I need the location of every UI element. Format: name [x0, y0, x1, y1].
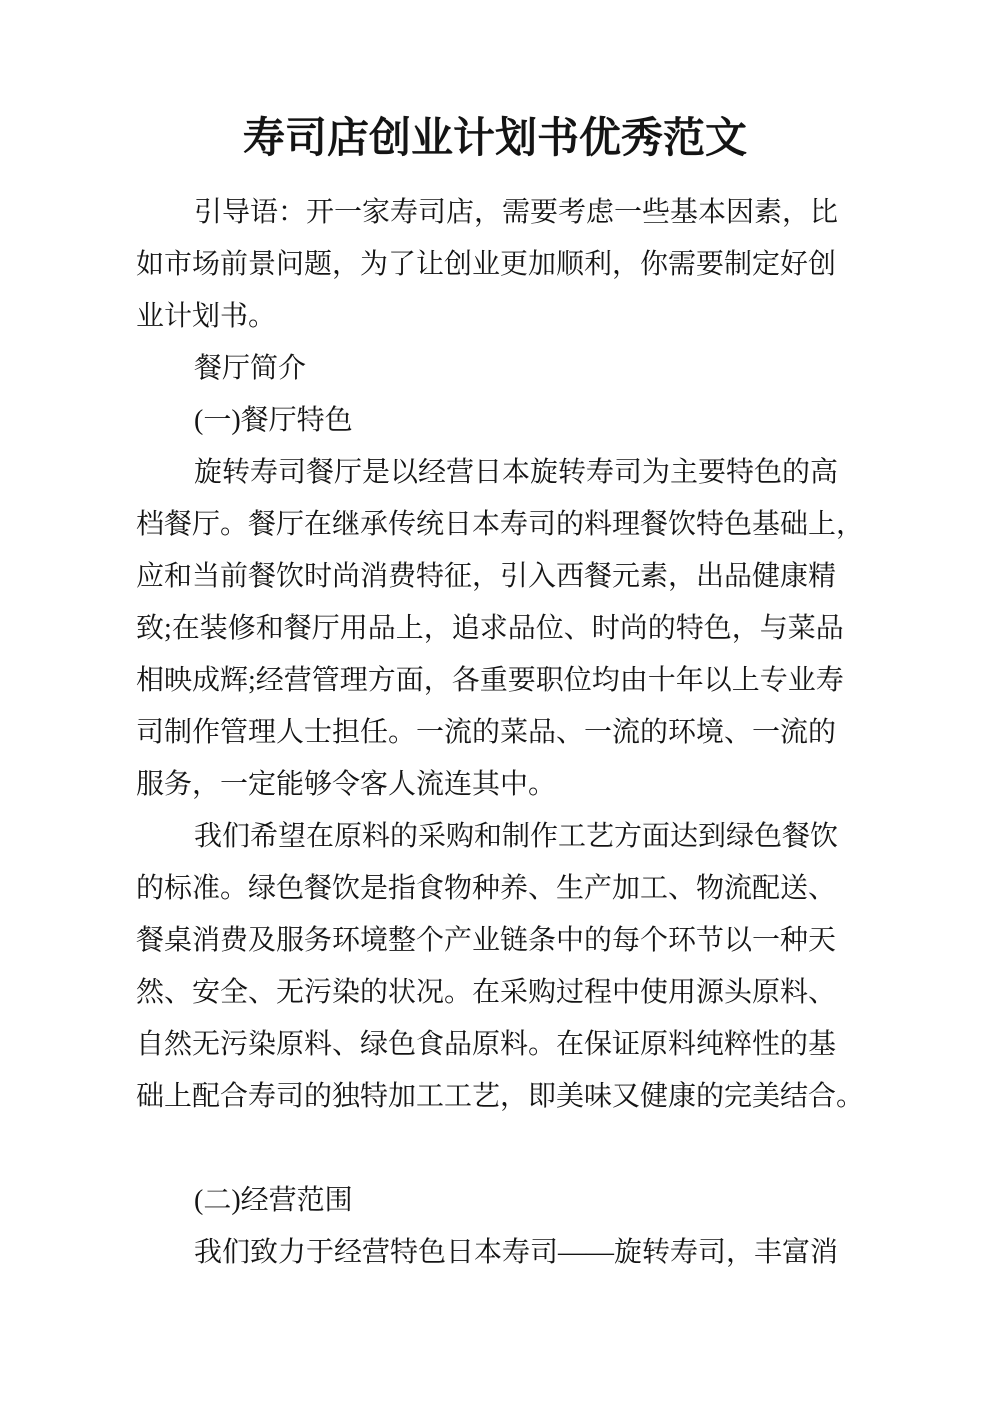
blank-line	[136, 1123, 854, 1175]
text-line: 餐厅简介	[136, 343, 854, 395]
text-line: 然、安全、无污染的状况。在采购过程中使用源头原料、	[136, 967, 854, 1019]
text-line: (二)经营范围	[136, 1175, 854, 1227]
text-line: 餐桌消费及服务环境整个产业链条中的每个环节以一种天	[136, 915, 854, 967]
text-line: 应和当前餐饮时尚消费特征，引入西餐元素，出品健康精	[136, 551, 854, 603]
text-line: 服务，一定能够令客人流连其中。	[136, 759, 854, 811]
document-title: 寿司店创业计划书优秀范文	[136, 116, 854, 162]
text-line: 业计划书。	[136, 291, 854, 343]
paragraph: 我们致力于经营特色日本寿司——旋转寿司，丰富消	[136, 1227, 854, 1279]
text-line: 我们希望在原料的采购和制作工艺方面达到绿色餐饮	[136, 811, 854, 863]
document-body: 引导语：开一家寿司店，需要考虑一些基本因素，比 如市场前景问题，为了让创业更加顺…	[136, 187, 854, 1279]
text-line: 自然无污染原料、绿色食品原料。在保证原料纯粹性的基	[136, 1019, 854, 1071]
text-line: 档餐厅。餐厅在继承传统日本寿司的料理餐饮特色基础上，	[136, 499, 854, 551]
text-line: 如市场前景问题，为了让创业更加顺利，你需要制定好创	[136, 239, 854, 291]
text-line: 旋转寿司餐厅是以经营日本旋转寿司为主要特色的高	[136, 447, 854, 499]
text-line: 相映成辉;经营管理方面，各重要职位均由十年以上专业寿	[136, 655, 854, 707]
paragraph: 餐厅简介	[136, 343, 854, 395]
document-content: 寿司店创业计划书优秀范文 引导语：开一家寿司店，需要考虑一些基本因素，比 如市场…	[0, 0, 993, 1279]
text-line: 引导语：开一家寿司店，需要考虑一些基本因素，比	[136, 187, 854, 239]
text-line: (一)餐厅特色	[136, 395, 854, 447]
document-page: 寿司店创业计划书优秀范文 引导语：开一家寿司店，需要考虑一些基本因素，比 如市场…	[0, 0, 993, 1404]
paragraph: 我们希望在原料的采购和制作工艺方面达到绿色餐饮 的标准。绿色餐饮是指食物种养、生…	[136, 811, 854, 1123]
text-line: 致;在装修和餐厅用品上，追求品位、时尚的特色，与菜品	[136, 603, 854, 655]
paragraph: (一)餐厅特色	[136, 395, 854, 447]
text-line: 司制作管理人士担任。一流的菜品、一流的环境、一流的	[136, 707, 854, 759]
paragraph: 引导语：开一家寿司店，需要考虑一些基本因素，比 如市场前景问题，为了让创业更加顺…	[136, 187, 854, 343]
paragraph: (二)经营范围	[136, 1175, 854, 1227]
text-line: 础上配合寿司的独特加工工艺，即美味又健康的完美结合。	[136, 1071, 854, 1123]
text-line: 我们致力于经营特色日本寿司——旋转寿司，丰富消	[136, 1227, 854, 1279]
text-line: 的标准。绿色餐饮是指食物种养、生产加工、物流配送、	[136, 863, 854, 915]
paragraph: 旋转寿司餐厅是以经营日本旋转寿司为主要特色的高 档餐厅。餐厅在继承传统日本寿司的…	[136, 447, 854, 811]
paragraph	[136, 1123, 854, 1175]
